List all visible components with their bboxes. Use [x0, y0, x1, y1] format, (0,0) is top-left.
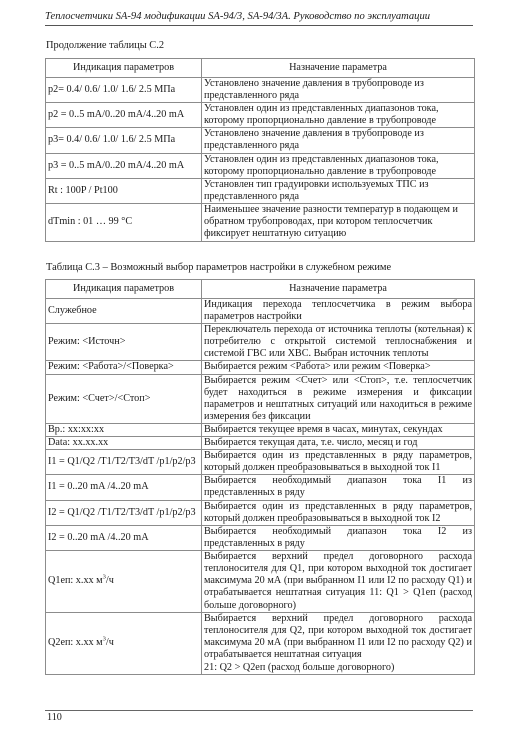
table-row: Режим: <Работа>/<Поверка> Выбирается реж…: [46, 361, 475, 374]
column-header-purpose: Назначение параметра: [202, 280, 475, 299]
indication-cell: Служебное: [46, 299, 202, 324]
purpose-cell: Выбирается необходимый диапазон тока I2 …: [202, 525, 475, 550]
purpose-cell: Наименьшее значение разности температур …: [202, 203, 475, 241]
purpose-cell: Переключатель перехода от источника тепл…: [202, 324, 475, 361]
table-row: p2 = 0..5 mA/0..20 mA/4..20 mA Установле…: [46, 103, 475, 128]
indication-cell: Data: xx.xx.xx: [46, 437, 202, 450]
table-row: Rt : 100P / Pt100 Установлен тип градуир…: [46, 178, 475, 203]
purpose-cell: Выбирается режим <Работа> или режим <Пов…: [202, 361, 475, 374]
purpose-cell: Индикация перехода теплосчетчика в режим…: [202, 299, 475, 324]
table-c2-caption: Продолжение таблицы С.2: [46, 39, 164, 52]
table-row: p2= 0.4/ 0.6/ 1.0/ 1.6/ 2.5 МПа Установл…: [46, 78, 475, 103]
table-row: I2 = Q1/Q2 /T1/T2/T3/dT /p1/p2/p3 Выбира…: [46, 500, 475, 525]
indication-cell: p3 = 0..5 mA/0..20 mA/4..20 mA: [46, 153, 202, 178]
column-header-indication: Индикация параметров: [46, 59, 202, 78]
purpose-cell: Установлено значение давления в трубопро…: [202, 128, 475, 153]
indication-cell: dTmin : 01 … 99 °C: [46, 203, 202, 241]
table-header-row: Индикация параметров Назначение параметр…: [46, 280, 475, 299]
indication-cell: I2 = Q1/Q2 /T1/T2/T3/dT /p1/p2/p3: [46, 500, 202, 525]
table-row: Q2еп: x.xx м3/ч Выбирается верхний преде…: [46, 612, 475, 674]
footer-divider: [45, 710, 473, 711]
table-row: Вр.: xx:xx:xx Выбирается текущее время в…: [46, 423, 475, 436]
table-header-row: Индикация параметров Назначение параметр…: [46, 59, 475, 78]
indication-cell: Q1еп: x.xx м3/ч: [46, 550, 202, 612]
table-row: Служебное Индикация перехода теплосчетчи…: [46, 299, 475, 324]
purpose-cell: Выбирается один из представленных в ряду…: [202, 450, 475, 475]
table-row: I2 = 0..20 mA /4..20 mA Выбирается необх…: [46, 525, 475, 550]
table-row: I1 = Q1/Q2 /T1/T2/T3/dT /p1/p2/p3 Выбира…: [46, 450, 475, 475]
indication-cell: Вр.: xx:xx:xx: [46, 423, 202, 436]
purpose-cell: Установлено значение давления в трубопро…: [202, 78, 475, 103]
column-header-purpose: Назначение параметра: [202, 59, 475, 78]
purpose-cell: Выбирается текущее время в часах, минута…: [202, 423, 475, 436]
indication-cell: Режим: <Работа>/<Поверка>: [46, 361, 202, 374]
purpose-cell: Установлен один из представленных диапаз…: [202, 103, 475, 128]
indication-cell: I2 = 0..20 mA /4..20 mA: [46, 525, 202, 550]
table-row: p3 = 0..5 mA/0..20 mA/4..20 mA Установле…: [46, 153, 475, 178]
table-row: Режим: <Источн> Переключатель перехода о…: [46, 324, 475, 361]
page-number: 110: [47, 712, 62, 724]
purpose-cell: Выбирается текущая дата, т.е. число, мес…: [202, 437, 475, 450]
table-c2: Индикация параметров Назначение параметр…: [45, 58, 475, 242]
table-row: Data: xx.xx.xx Выбирается текущая дата, …: [46, 437, 475, 450]
table-row: dTmin : 01 … 99 °C Наименьшее значение р…: [46, 203, 475, 241]
indication-cell: Q2еп: x.xx м3/ч: [46, 612, 202, 674]
purpose-cell: Выбирается один из представленных в ряду…: [202, 500, 475, 525]
purpose-cell: Выбирается необходимый диапазон тока I1 …: [202, 475, 475, 500]
purpose-cell: Установлен один из представленных диапаз…: [202, 153, 475, 178]
indication-cell: p3= 0.4/ 0.6/ 1.0/ 1.6/ 2.5 МПа: [46, 128, 202, 153]
purpose-cell: Выбирается режим <Счет> или <Стоп>, т.е.…: [202, 374, 475, 423]
column-header-indication: Индикация параметров: [46, 280, 202, 299]
indication-cell: I1 = 0..20 mA /4..20 mA: [46, 475, 202, 500]
table-row: Режим: <Счет>/<Стоп> Выбирается режим <С…: [46, 374, 475, 423]
purpose-cell: Установлен тип градуировки используемых …: [202, 178, 475, 203]
table-row: p3= 0.4/ 0.6/ 1.0/ 1.6/ 2.5 МПа Установл…: [46, 128, 475, 153]
table-row: I1 = 0..20 mA /4..20 mA Выбирается необх…: [46, 475, 475, 500]
indication-cell: Rt : 100P / Pt100: [46, 178, 202, 203]
purpose-cell: Выбирается верхний предел договорного ра…: [202, 550, 475, 612]
table-row: Q1еп: x.xx м3/ч Выбирается верхний преде…: [46, 550, 475, 612]
indication-cell: Режим: <Счет>/<Стоп>: [46, 374, 202, 423]
purpose-cell: Выбирается верхний предел договорного ра…: [202, 612, 475, 674]
running-header: Теплосчетчики SA-94 модификации SA-94/3,…: [45, 10, 473, 26]
indication-cell: I1 = Q1/Q2 /T1/T2/T3/dT /p1/p2/p3: [46, 450, 202, 475]
indication-cell: Режим: <Источн>: [46, 324, 202, 361]
indication-cell: p2 = 0..5 mA/0..20 mA/4..20 mA: [46, 103, 202, 128]
table-c3-caption: Таблица С.3 – Возможный выбор параметров…: [46, 261, 391, 274]
indication-cell: p2= 0.4/ 0.6/ 1.0/ 1.6/ 2.5 МПа: [46, 78, 202, 103]
table-c3: Индикация параметров Назначение параметр…: [45, 279, 475, 675]
